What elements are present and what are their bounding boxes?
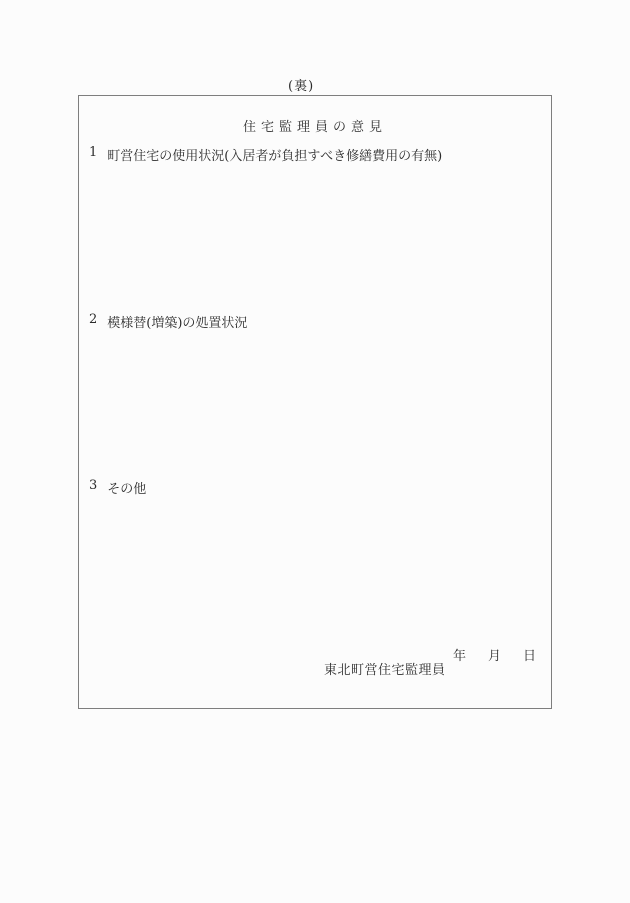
month-label: 月 bbox=[488, 645, 501, 664]
document-page: (裏) 住宅監理員の意見 1 町営住宅の使用状況(入居者が負担すべき修繕費用の有… bbox=[0, 0, 630, 903]
signature-label: 東北町営住宅監理員 bbox=[324, 659, 446, 678]
opinion-form-box: 住宅監理員の意見 1 町営住宅の使用状況(入居者が負担すべき修繕費用の有無) 2… bbox=[78, 95, 552, 709]
form-item-other: 3 その他 bbox=[89, 478, 146, 497]
form-item-remodeling-status: 2 模様替(増築)の処置状況 bbox=[89, 312, 247, 331]
date-line: 年 月 日 bbox=[453, 645, 536, 664]
item-label: 町営住宅の使用状況(入居者が負担すべき修繕費用の有無) bbox=[107, 145, 442, 164]
back-side-label: (裏) bbox=[288, 75, 314, 94]
item-label: 模様替(増築)の処置状況 bbox=[107, 312, 247, 331]
item-number: 2 bbox=[89, 312, 97, 331]
year-label: 年 bbox=[453, 645, 466, 664]
item-number: 3 bbox=[89, 478, 97, 497]
day-label: 日 bbox=[523, 645, 536, 664]
item-number: 1 bbox=[89, 145, 97, 164]
form-item-usage-status: 1 町営住宅の使用状況(入居者が負担すべき修繕費用の有無) bbox=[89, 145, 442, 164]
form-title: 住宅監理員の意見 bbox=[79, 116, 551, 135]
item-label: その他 bbox=[107, 478, 146, 497]
